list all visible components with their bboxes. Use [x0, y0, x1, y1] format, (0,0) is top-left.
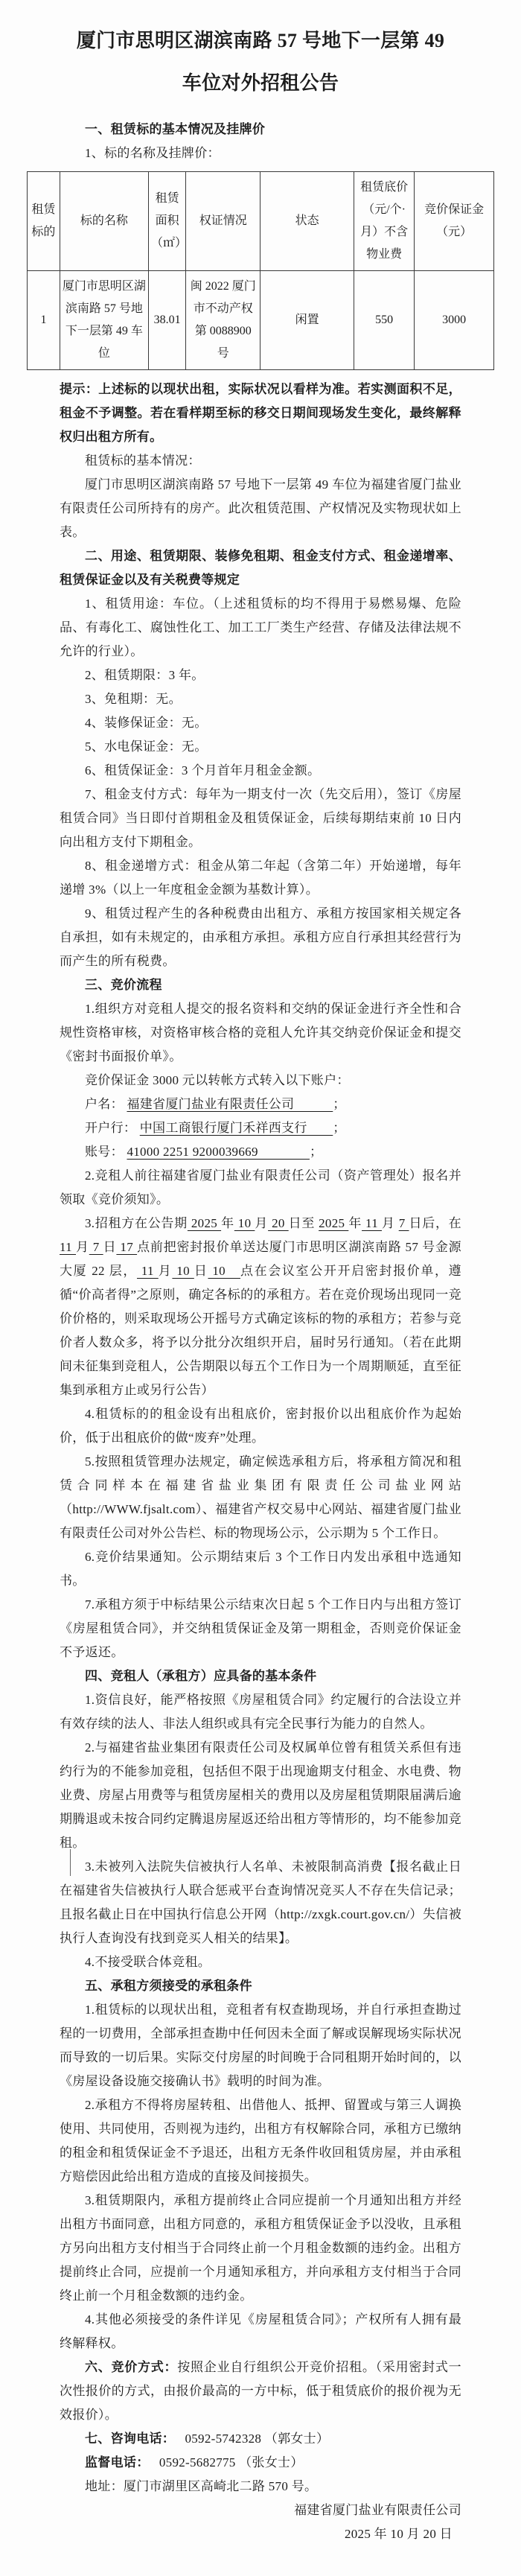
section-heading: 二、用途、租赁期限、装修免租期、租金支付方式、租金递增率、租赁保证金以及有关税费… — [60, 544, 461, 592]
lease-table: 租赁标的标的名称租赁面积（㎡）权证情况状态租赁底价（元/个·月）不含物业费竞价保… — [27, 171, 494, 370]
table-header-cell: 竞价保证金（元） — [415, 172, 494, 271]
paragraph: 9、租赁过程产生的各种税费由出租方、承租方按国家相关规定各自承担，如有未规定的，… — [60, 902, 461, 973]
text-segment: ； — [310, 1145, 322, 1159]
text-segment: 日至 — [289, 1216, 319, 1230]
text-segment: 2、租赁期限：3 年。 — [85, 668, 205, 682]
text-segment: 5、水电保证金：无。 — [85, 740, 208, 754]
filled-blank: 7 — [399, 1216, 409, 1230]
paragraph: 4.不接受联合体竞租。 — [60, 1950, 461, 1974]
paragraph: 2.与福建省盐业集团有限责任公司及权属单位曾有租赁关系但有违约行为的不能参加竞租… — [60, 1736, 461, 1855]
text-segment: 租赁标的基本情况： — [85, 454, 201, 468]
filled-blank: 17 — [116, 1240, 137, 1254]
table-header-cell: 标的名称 — [60, 172, 148, 271]
table-cell: 1 — [28, 271, 60, 370]
paragraph: 1、租赁用途：车位。（上述租赁标的均不得用于易燃易爆、危险品、有毒化工、腐蚀性化… — [60, 592, 461, 664]
text-segment: 1.资信良好，能严格按照《房屋租赁合同》约定履行的合法设立并有效存续的法人、非法… — [60, 1693, 461, 1731]
filled-blank: 10 — [234, 1216, 255, 1230]
text-segment: 9、租赁过程产生的各种税费由出租方、承租方按国家相关规定各自承担，如有未规定的，… — [60, 906, 461, 968]
text-segment: 0592-5742328 （郭女士） — [169, 2432, 330, 2446]
text-segment: 四、竞租人（承租方）应具备的基本条件 — [85, 1669, 316, 1683]
text-segment: 1、标的名称及挂牌价： — [85, 146, 220, 160]
filled-blank: 2025 — [188, 1216, 221, 1230]
page-title: 厦门市思明区湖滨南路 57 号地下一层第 49 车位对外招租公告 — [60, 19, 461, 104]
filled-blank: 10 — [208, 1264, 240, 1278]
text-segment: ； — [333, 1097, 345, 1111]
table-row: 1厦门市思明区湖滨南路 57 号地下一层第 49 车位38.01闽 2022 厦… — [28, 271, 494, 370]
paragraph: 6、租赁保证金：3 个月首年月租金金额。 — [60, 759, 461, 783]
paragraph: 1.组织方对竞租人提交的报名资料和交纳的保证金进行齐全性和合规性资格审核，对资格… — [60, 997, 461, 1069]
paragraph: 2.承租方不得将房屋转租、出借他人、抵押、留置或与第三人调换使用、共同使用，否则… — [60, 2093, 461, 2189]
text-segment: 4.其他必须接受的条件详见《房屋租赁合同》；产权所有人拥有最终解释权。 — [60, 2312, 461, 2350]
text-segment: 5.按照租赁管理办法规定，确定候选承租方后，将承租方简况和租赁合同样本在福建省盐… — [60, 1454, 461, 1540]
paragraph: 4.其他必须接受的条件详见《房屋租赁合同》；产权所有人拥有最终解释权。 — [60, 2308, 461, 2356]
text-segment: 月 — [382, 1216, 399, 1230]
filled-blank: 41000 2251 9200039669 — [127, 1145, 310, 1159]
filled-blank: 20 — [268, 1216, 289, 1230]
text-segment: 4、装修保证金：无。 — [85, 716, 208, 730]
paragraph: 7、租金支付方式：每年为一期支付一次（先交后用），签订《房屋租赁合同》当日即付首… — [60, 783, 461, 854]
table-cell: 3000 — [415, 271, 494, 370]
text-segment: 福建省厦门盐业有限责任公司 — [294, 2503, 461, 2517]
paragraph: 5.按照租赁管理办法规定，确定候选承租方后，将承租方简况和租赁合同样本在福建省盐… — [60, 1450, 461, 1545]
text-segment: 3.租赁期限内，承租方提前终止合同应提前一个月通知出租方并经出租方书面同意，出租… — [60, 2193, 461, 2303]
text-segment: 厦门市思明区湖滨南路 57 号地下一层第 49 车位为福建省厦门盐业有限责任公司… — [60, 477, 461, 539]
paragraph: 地址：厦门市湖里区高崎北二路 570 号。 — [60, 2475, 461, 2499]
text-segment: 2025 年 10 月 20 日 — [345, 2527, 453, 2541]
table-cell: 550 — [354, 271, 415, 370]
text-segment: 4.租赁标的的租金设有出租底价，密封报价以出租底价作为起始价，低于出租底价的做“… — [60, 1407, 461, 1445]
paragraph: 3、免租期：无。 — [60, 687, 461, 711]
text-segment: 日 — [194, 1264, 208, 1278]
table-header-cell: 租赁面积（㎡） — [149, 172, 186, 271]
text-segment: 7、租金支付方式：每年为一期支付一次（先交后用），签订《房屋租赁合同》当日即付首… — [60, 787, 461, 849]
text-segment: 2.与福建省盐业集团有限责任公司及权属单位曾有租赁关系但有违约行为的不能参加竞租… — [60, 1740, 461, 1850]
text-segment: 2.竞租人前往福建省厦门盐业有限责任公司（资产管理处）报名并领取《竞价须知》。 — [60, 1168, 461, 1206]
document-content: 一、租赁标的基本情况及挂牌价1、标的名称及挂牌价：租赁标的标的名称租赁面积（㎡）… — [60, 118, 461, 2546]
text-segment: 4.不接受联合体竞租。 — [85, 1955, 211, 1969]
paragraph: 4、装修保证金：无。 — [60, 711, 461, 735]
text-segment: 月 — [255, 1216, 268, 1230]
table-header-cell: 状态 — [260, 172, 354, 271]
paragraph: 1、标的名称及挂牌价： — [60, 141, 461, 165]
section-heading: 四、竞租人（承租方）应具备的基本条件 — [60, 1664, 461, 1688]
text-segment: 0592-5682775 （张女士） — [143, 2455, 304, 2470]
paragraph: 租赁标的基本情况： — [60, 449, 461, 473]
text-segment: 1、租赁用途：车位。（上述租赁标的均不得用于易燃易爆、危险品、有毒化工、腐蚀性化… — [60, 597, 461, 658]
table-header-cell: 租赁标的 — [28, 172, 60, 271]
paragraph: 6.竞价结果通知。公示期结束后 3 个工作日内发出承租中选通知书。 — [60, 1545, 461, 1593]
text-segment: 3.招租方在公告期 — [85, 1216, 188, 1230]
text-segment: 监督电话： — [85, 2455, 143, 2470]
paragraph: 1.租赁标的以现状出租，竞租者有权查勘现场，并自行承担查勘过程的一切费用，全部承… — [60, 1998, 461, 2093]
text-segment: 开户行： — [85, 1121, 140, 1135]
filled-blank: 10 — [172, 1264, 194, 1278]
filled-blank: 11 — [362, 1216, 382, 1230]
signature-line: 2025 年 10 月 20 日 — [60, 2522, 461, 2546]
filled-blank: 7 — [89, 1240, 103, 1254]
text-segment: 三、竞价流程 — [85, 978, 162, 992]
paragraph: 7.承租方须于中标结果公示结束次日起 5 个工作日内与出租方签订《房屋租赁合同》… — [60, 1593, 461, 1664]
text-segment: 6.竞价结果通知。公示期结束后 3 个工作日内发出承租中选通知书。 — [60, 1550, 461, 1588]
section-heading: 一、租赁标的基本情况及挂牌价 — [60, 118, 461, 141]
filled-blank: 2025 — [319, 1216, 348, 1230]
filled-blank: 中国工商银行厦门禾祥西支行 — [140, 1121, 333, 1135]
text-segment: 7.承租方须于中标结果公示结束次日起 5 个工作日内与出租方签订《房屋租赁合同》… — [60, 1597, 461, 1659]
text-segment: 五、承租方须接受的承租条件 — [85, 1979, 252, 1993]
table-cell: 厦门市思明区湖滨南路 57 号地下一层第 49 车位 — [60, 271, 148, 370]
announcement-document: 厦门市思明区湖滨南路 57 号地下一层第 49 车位对外招租公告 一、租赁标的基… — [0, 0, 521, 2576]
table-header-cell: 权证情况 — [186, 172, 260, 271]
table-cell: 闲置 — [260, 271, 354, 370]
paragraph: 开户行： 中国工商银行厦门禾祥西支行 ； — [60, 1116, 461, 1140]
section-heading: 三、竞价流程 — [60, 973, 461, 997]
title-line-2: 车位对外招租公告 — [60, 62, 461, 104]
text-segment: 2.承租方不得将房屋转租、出借他人、抵押、留置或与第三人调换使用、共同使用，否则… — [60, 2098, 461, 2184]
paragraph: 监督电话： 0592-5682775 （张女士） — [60, 2451, 461, 2475]
paragraph: 8、租金递增方式：租金从第二年起（含第二年）开始递增，每年递增 3%（以上一年度… — [60, 854, 461, 902]
text-segment: 3、免租期：无。 — [85, 692, 182, 706]
text-segment: 日后，在 — [409, 1216, 461, 1230]
text-segment: 地址：厦门市湖里区高崎北二路 570 号。 — [85, 2479, 317, 2493]
text-segment: 3.未被列入法院失信被执行人名单、未被限制高消费【报名截止日在福建省失信被执行人… — [60, 1860, 461, 1945]
table-cell: 闽 2022 厦门市不动产权第 0088900 号 — [186, 271, 260, 370]
text-segment: 提示：上述标的以现状出租，实际状况以看样为准。若实测面积不足，租金不予调整。若在… — [60, 382, 461, 444]
table-header-row: 租赁标的标的名称租赁面积（㎡）权证情况状态租赁底价（元/个·月）不含物业费竞价保… — [28, 172, 494, 271]
text-segment: 点在会议室公开开启密封报价单，遵循“价高者得”之原则，确定各标的的承租方。若在竞… — [60, 1264, 461, 1397]
text-segment: 年 — [221, 1216, 234, 1230]
paragraph: 七、咨询电话： 0592-5742328 （郭女士） — [60, 2427, 461, 2451]
paragraph: 六、竞价方式：按照企业自行组织公开竞价招租。（采用密封式一次性报价的方式，由报价… — [60, 2356, 461, 2427]
text-segment: 月 — [76, 1240, 89, 1254]
text-segment: 二、用途、租赁期限、装修免租期、租金支付方式、租金递增率、租赁保证金以及有关税费… — [60, 549, 461, 587]
text-segment: 年 — [348, 1216, 362, 1230]
paragraph: 户名： 福建省厦门盐业有限责任公司 ； — [60, 1093, 461, 1116]
signature-line: 福建省厦门盐业有限责任公司 — [60, 2499, 461, 2522]
paragraph: 账号： 41000 2251 9200039669 ； — [60, 1140, 461, 1164]
paragraph: 3.未被列入法院失信被执行人名单、未被限制高消费【报名截止日在福建省失信被执行人… — [60, 1855, 461, 1950]
title-line-1: 厦门市思明区湖滨南路 57 号地下一层第 49 — [60, 19, 461, 62]
filled-blank: 11 — [137, 1264, 159, 1278]
text-segment: 户名： — [85, 1097, 127, 1111]
text-segment: 8、租金递增方式：租金从第二年起（含第二年）开始递增，每年递增 3%（以上一年度… — [60, 859, 461, 897]
text-segment: 1.组织方对竞租人提交的报名资料和交纳的保证金进行齐全性和合规性资格审核，对资格… — [60, 1002, 461, 1063]
text-segment: 六、竞价方式： — [85, 2360, 177, 2374]
paragraph: 3.租赁期限内，承租方提前终止合同应提前一个月通知出租方并经出租方书面同意，出租… — [60, 2189, 461, 2308]
paragraph: 5、水电保证金：无。 — [60, 735, 461, 759]
paragraph: 竞价保证金 3000 元以转帐方式转入以下账户： — [60, 1069, 461, 1093]
paragraph: 3.招租方在公告期 2025 年 10 月 20 日至 2025 年 11 月 … — [60, 1212, 461, 1402]
paragraph: 4.租赁标的的租金设有出租底价，密封报价以出租底价作为起始价，低于出租底价的做“… — [60, 1402, 461, 1450]
text-segment: 月 — [159, 1264, 173, 1278]
text-segment: 账号： — [85, 1145, 127, 1159]
text-segment: 竞价保证金 3000 元以转帐方式转入以下账户： — [85, 1073, 350, 1087]
paragraph: 厦门市思明区湖滨南路 57 号地下一层第 49 车位为福建省厦门盐业有限责任公司… — [60, 473, 461, 544]
section-heading: 五、承租方须接受的承租条件 — [60, 1974, 461, 1998]
text-segment: 日 — [103, 1240, 117, 1254]
text-segment: ； — [333, 1121, 345, 1135]
table-header-cell: 租赁底价（元/个·月）不含物业费 — [354, 172, 415, 271]
table-cell: 38.01 — [149, 271, 186, 370]
text-segment: 6、租赁保证金：3 个月首年月租金金额。 — [85, 763, 320, 777]
paragraph: 2.竞租人前往福建省厦门盐业有限责任公司（资产管理处）报名并领取《竞价须知》。 — [60, 1164, 461, 1212]
filled-blank: 福建省厦门盐业有限责任公司 — [127, 1097, 333, 1111]
text-segment: 七、咨询电话： — [85, 2432, 169, 2446]
text-segment: 1.租赁标的以现状出租，竞租者有权查勘现场，并自行承担查勘过程的一切费用，全部承… — [60, 2003, 461, 2088]
paragraph: 1.资信良好，能严格按照《房屋租赁合同》约定履行的合法设立并有效存续的法人、非法… — [60, 1688, 461, 1736]
paragraph: 2、租赁期限：3 年。 — [60, 664, 461, 687]
paragraph: 提示：上述标的以现状出租，实际状况以看样为准。若实测面积不足，租金不予调整。若在… — [60, 378, 461, 449]
text-segment: 一、租赁标的基本情况及挂牌价 — [85, 122, 265, 136]
filled-blank: 11 — [60, 1240, 76, 1254]
